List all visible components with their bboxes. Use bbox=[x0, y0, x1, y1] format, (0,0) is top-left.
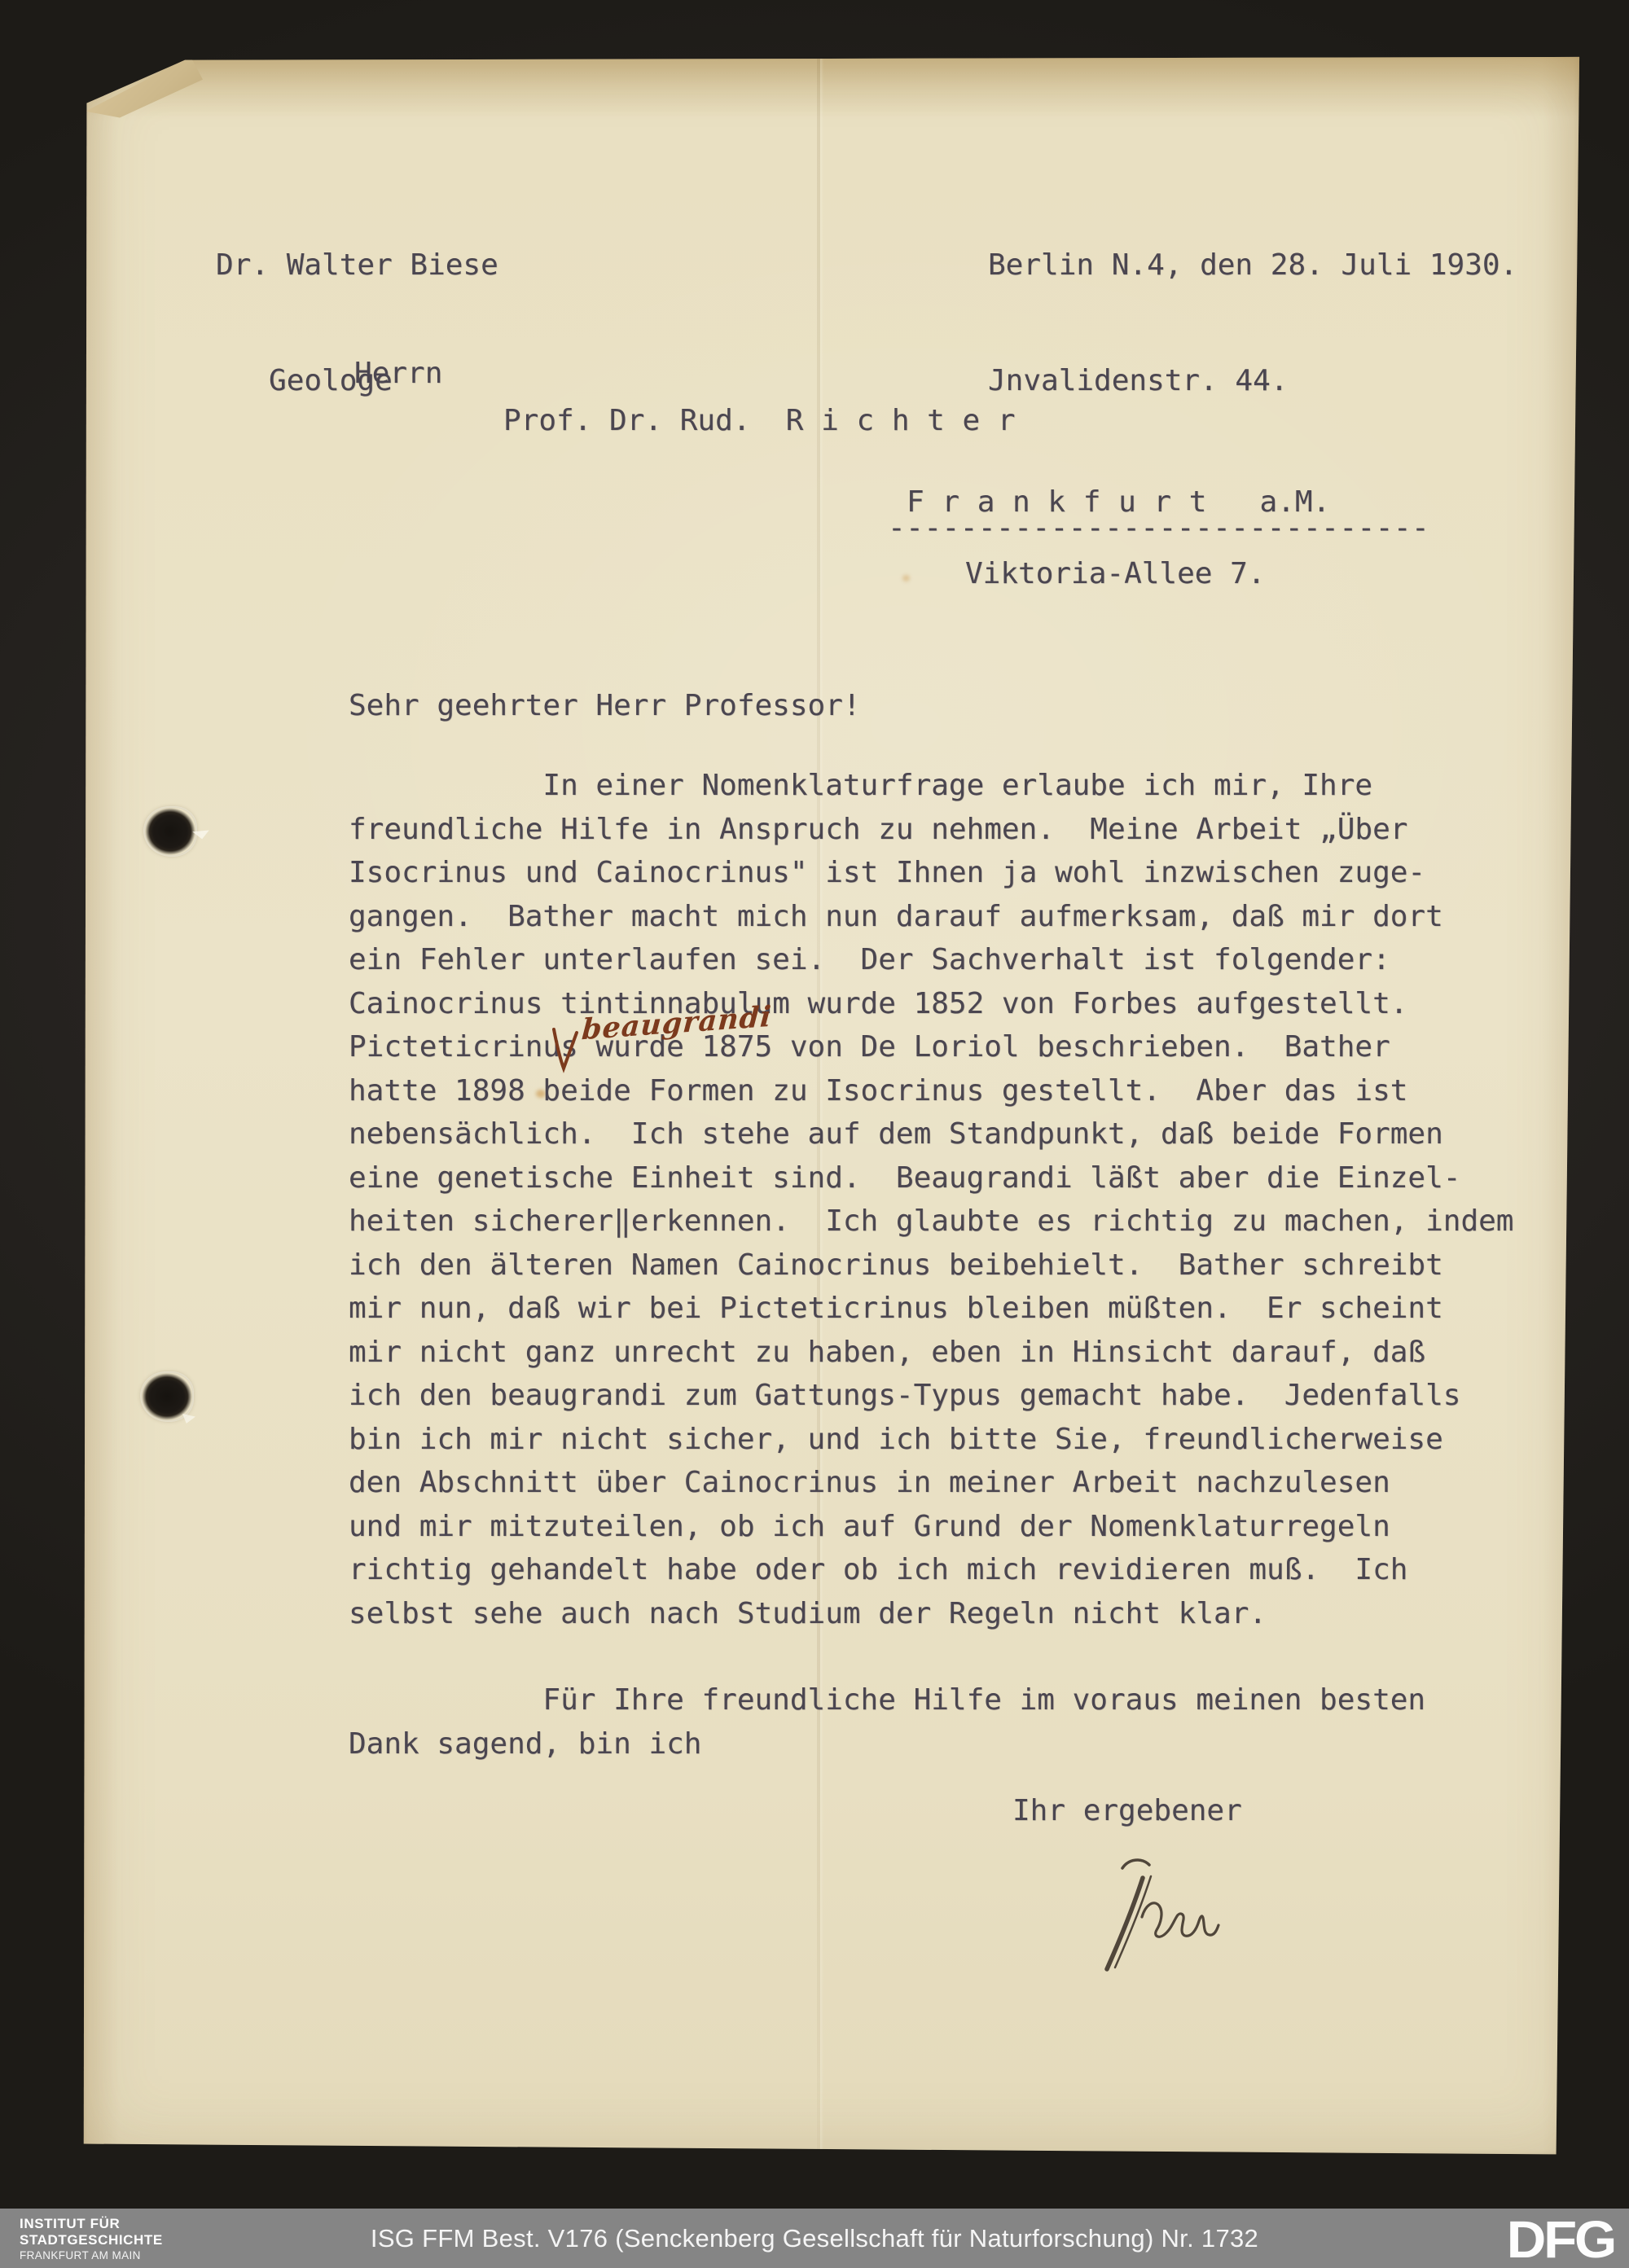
recipient-city-underline: ------------------------------ bbox=[888, 511, 1429, 545]
sender-block: Dr. Walter Biese Geologe bbox=[216, 174, 498, 472]
place-date-line: Berlin N.4, den 28. Juli 1930. bbox=[988, 241, 1517, 290]
recipient-name: Prof. Dr. Rud. R i c h t e r bbox=[503, 404, 1016, 437]
typewritten-line: nebensächlich. Ich stehe auf dem Standpu… bbox=[349, 1112, 1513, 1156]
letter-salutation: Sehr geehrter Herr Professor! bbox=[349, 689, 861, 722]
typewritten-line: selbst sehe auch nach Studium der Regeln… bbox=[349, 1592, 1513, 1636]
sender-name: Dr. Walter Biese bbox=[216, 241, 498, 290]
paper-top-fold-shading bbox=[81, 54, 1580, 117]
valediction: Ihr ergebener bbox=[1012, 1794, 1242, 1827]
punch-hole bbox=[145, 808, 195, 855]
typewritten-line: Für Ihre freundliche Hilfe im voraus mei… bbox=[349, 1678, 1425, 1722]
typewritten-line: Dank sagend, bin ich bbox=[349, 1722, 1425, 1766]
signature bbox=[1074, 1853, 1228, 1976]
archive-reference: ISG FFM Best. V176 (Senckenberg Gesellsc… bbox=[0, 2224, 1629, 2253]
typewritten-line: Cainocrinus tintinnabulum wurde 1852 von… bbox=[349, 982, 1513, 1026]
typewritten-line: ich den beaugrandi zum Gattungs-Typus ge… bbox=[349, 1374, 1513, 1418]
recipient-street: Viktoria-Allee 7. bbox=[965, 557, 1265, 590]
typewritten-line: hatte 1898 beide Formen zu Isocrinus ges… bbox=[349, 1069, 1513, 1113]
typewritten-line: Picteticrinus wurde 1875 von De Loriol b… bbox=[349, 1025, 1513, 1069]
typewritten-line: den Abschnitt über Cainocrinus in meiner… bbox=[349, 1461, 1513, 1505]
recipient-salutation: Herrn bbox=[354, 357, 442, 390]
typewritten-line: mir nicht ganz unrecht zu haben, eben in… bbox=[349, 1331, 1513, 1375]
typewritten-line: mir nun, daß wir bei Picteticrinus bleib… bbox=[349, 1287, 1513, 1331]
date-block: Berlin N.4, den 28. Juli 1930. Jnvaliden… bbox=[988, 174, 1517, 472]
typewritten-line: Isocrinus und Cainocrinus" ist Ihnen ja … bbox=[349, 851, 1513, 895]
typewritten-line: In einer Nomenklaturfrage erlaube ich mi… bbox=[349, 764, 1513, 808]
dfg-logo: DFG bbox=[1507, 2209, 1614, 2268]
typewritten-line: ein Fehler unterlaufen sei. Der Sachverh… bbox=[349, 938, 1513, 982]
archival-scan: Dr. Walter Biese Geologe Berlin N.4, den… bbox=[0, 0, 1629, 2268]
typewritten-line: eine genetische Einheit sind. Beaugrandi… bbox=[349, 1156, 1513, 1200]
punch-hole bbox=[142, 1373, 192, 1420]
typewritten-line: richtig gehandelt habe oder ob ich mich … bbox=[349, 1548, 1513, 1592]
sender-street-line: Jnvalidenstr. 44. bbox=[988, 357, 1517, 406]
typewritten-line: gangen. Bather macht mich nun darauf auf… bbox=[349, 895, 1513, 939]
paper-stain bbox=[902, 575, 910, 581]
letter-closing-paragraph: Für Ihre freundliche Hilfe im voraus mei… bbox=[349, 1678, 1425, 1766]
insertion-caret-mark bbox=[549, 1028, 582, 1073]
archive-footer-bar: INSTITUT FÜR STADTGESCHICHTE FRANKFURT A… bbox=[0, 2209, 1629, 2268]
typewritten-line: freundliche Hilfe in Anspruch zu nehmen.… bbox=[349, 808, 1513, 852]
typewritten-line: ich den älteren Namen Cainocrinus beibeh… bbox=[349, 1244, 1513, 1288]
letter-body-paragraph: In einer Nomenklaturfrage erlaube ich mi… bbox=[349, 764, 1513, 1635]
typewritten-line: und mir mitzuteilen, ob ich auf Grund de… bbox=[349, 1505, 1513, 1549]
typewritten-line: bin ich mir nicht sicher, und ich bitte … bbox=[349, 1418, 1513, 1462]
typewritten-line: heiten sicherer‖erkennen. Ich glaubte es… bbox=[349, 1200, 1513, 1244]
